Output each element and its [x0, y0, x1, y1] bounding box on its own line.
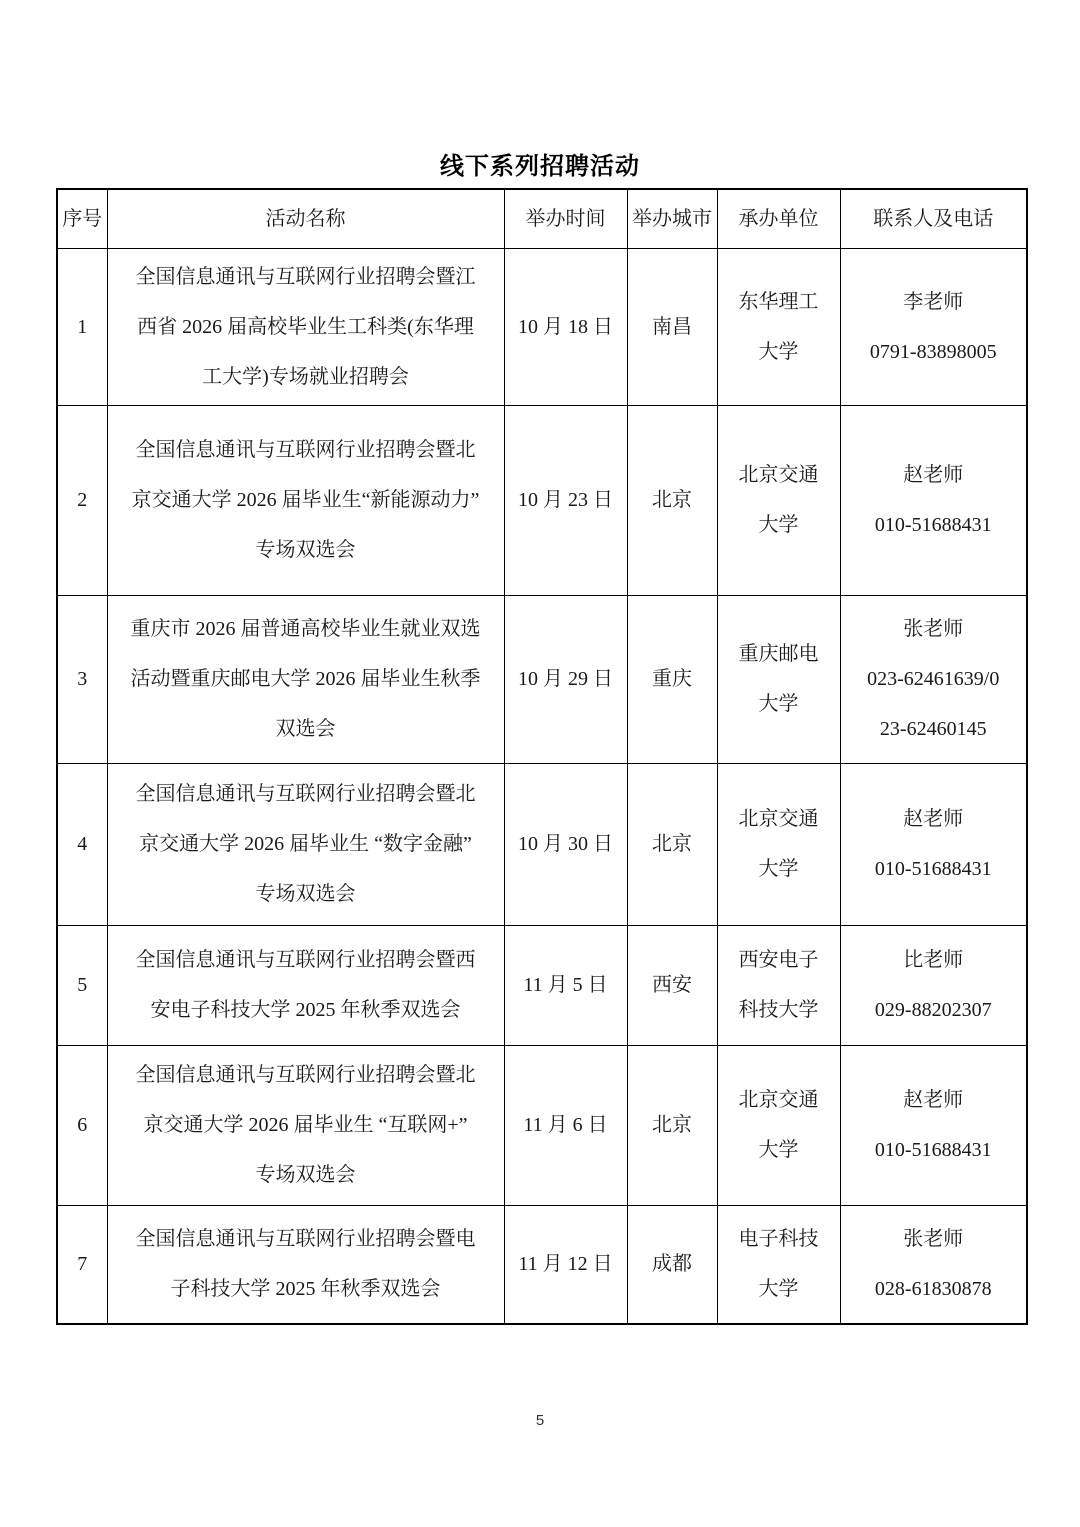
contact-cell: 赵老师 010-51688431 — [840, 763, 1027, 925]
column-header-contact: 联系人及电话 — [840, 189, 1027, 248]
date-cell: 10 月 23 日 — [504, 405, 627, 595]
activity-name-cell: 全国信息通讯与互联网行业招聘会暨北 京交通大学 2026 届毕业生 “互联网+”… — [107, 1045, 504, 1205]
organizer-cell: 电子科技 大学 — [717, 1205, 840, 1324]
document-page: 线下系列招聘活动 序号 活动名称 举办时间 举办城市 承办单位 联系人及电话 1… — [0, 0, 1080, 1527]
row-no-cell: 5 — [57, 925, 107, 1045]
activity-name-cell: 全国信息通讯与互联网行业招聘会暨西 安电子科技大学 2025 年秋季双选会 — [107, 925, 504, 1045]
column-header-city: 举办城市 — [627, 189, 717, 248]
date-cell: 10 月 30 日 — [504, 763, 627, 925]
table-row: 5 全国信息通讯与互联网行业招聘会暨西 安电子科技大学 2025 年秋季双选会 … — [57, 925, 1027, 1045]
table-row: 2 全国信息通讯与互联网行业招聘会暨北 京交通大学 2026 届毕业生“新能源动… — [57, 405, 1027, 595]
city-cell: 北京 — [627, 405, 717, 595]
organizer-cell: 北京交通 大学 — [717, 405, 840, 595]
organizer-cell: 西安电子 科技大学 — [717, 925, 840, 1045]
city-cell: 北京 — [627, 1045, 717, 1205]
activity-name-cell: 全国信息通讯与互联网行业招聘会暨北 京交通大学 2026 届毕业生 “数字金融”… — [107, 763, 504, 925]
organizer-cell: 东华理工 大学 — [717, 248, 840, 405]
activity-name-cell: 全国信息通讯与互联网行业招聘会暨江 西省 2026 届高校毕业生工科类(东华理 … — [107, 248, 504, 405]
activity-name-cell: 重庆市 2026 届普通高校毕业生就业双选 活动暨重庆邮电大学 2026 届毕业… — [107, 595, 504, 763]
table-header-row: 序号 活动名称 举办时间 举办城市 承办单位 联系人及电话 — [57, 189, 1027, 248]
activity-name-cell: 全国信息通讯与互联网行业招聘会暨电 子科技大学 2025 年秋季双选会 — [107, 1205, 504, 1324]
row-no-cell: 7 — [57, 1205, 107, 1324]
date-cell: 10 月 29 日 — [504, 595, 627, 763]
table-row: 6 全国信息通讯与互联网行业招聘会暨北 京交通大学 2026 届毕业生 “互联网… — [57, 1045, 1027, 1205]
table-row: 1 全国信息通讯与互联网行业招聘会暨江 西省 2026 届高校毕业生工科类(东华… — [57, 248, 1027, 405]
row-no-cell: 4 — [57, 763, 107, 925]
contact-cell: 比老师 029-88202307 — [840, 925, 1027, 1045]
date-cell: 11 月 5 日 — [504, 925, 627, 1045]
contact-cell: 李老师 0791-83898005 — [840, 248, 1027, 405]
city-cell: 成都 — [627, 1205, 717, 1324]
date-cell: 10 月 18 日 — [504, 248, 627, 405]
organizer-cell: 重庆邮电 大学 — [717, 595, 840, 763]
row-no-cell: 2 — [57, 405, 107, 595]
recruitment-events-table: 序号 活动名称 举办时间 举办城市 承办单位 联系人及电话 1 全国信息通讯与互… — [56, 188, 1028, 1325]
date-cell: 11 月 6 日 — [504, 1045, 627, 1205]
page-title: 线下系列招聘活动 — [0, 146, 1080, 181]
row-no-cell: 6 — [57, 1045, 107, 1205]
table-row: 7 全国信息通讯与互联网行业招聘会暨电 子科技大学 2025 年秋季双选会 11… — [57, 1205, 1027, 1324]
column-header-date: 举办时间 — [504, 189, 627, 248]
column-header-organizer: 承办单位 — [717, 189, 840, 248]
city-cell: 北京 — [627, 763, 717, 925]
table-row: 3 重庆市 2026 届普通高校毕业生就业双选 活动暨重庆邮电大学 2026 届… — [57, 595, 1027, 763]
organizer-cell: 北京交通 大学 — [717, 763, 840, 925]
page-number: 5 — [0, 1412, 1080, 1429]
row-no-cell: 3 — [57, 595, 107, 763]
column-header-activity-name: 活动名称 — [107, 189, 504, 248]
column-header-no: 序号 — [57, 189, 107, 248]
date-cell: 11 月 12 日 — [504, 1205, 627, 1324]
contact-cell: 张老师 028-61830878 — [840, 1205, 1027, 1324]
contact-cell: 赵老师 010-51688431 — [840, 405, 1027, 595]
city-cell: 西安 — [627, 925, 717, 1045]
city-cell: 重庆 — [627, 595, 717, 763]
organizer-cell: 北京交通 大学 — [717, 1045, 840, 1205]
contact-cell: 赵老师 010-51688431 — [840, 1045, 1027, 1205]
row-no-cell: 1 — [57, 248, 107, 405]
activity-name-cell: 全国信息通讯与互联网行业招聘会暨北 京交通大学 2026 届毕业生“新能源动力”… — [107, 405, 504, 595]
table-row: 4 全国信息通讯与互联网行业招聘会暨北 京交通大学 2026 届毕业生 “数字金… — [57, 763, 1027, 925]
city-cell: 南昌 — [627, 248, 717, 405]
contact-cell: 张老师 023-62461639/0 23-62460145 — [840, 595, 1027, 763]
